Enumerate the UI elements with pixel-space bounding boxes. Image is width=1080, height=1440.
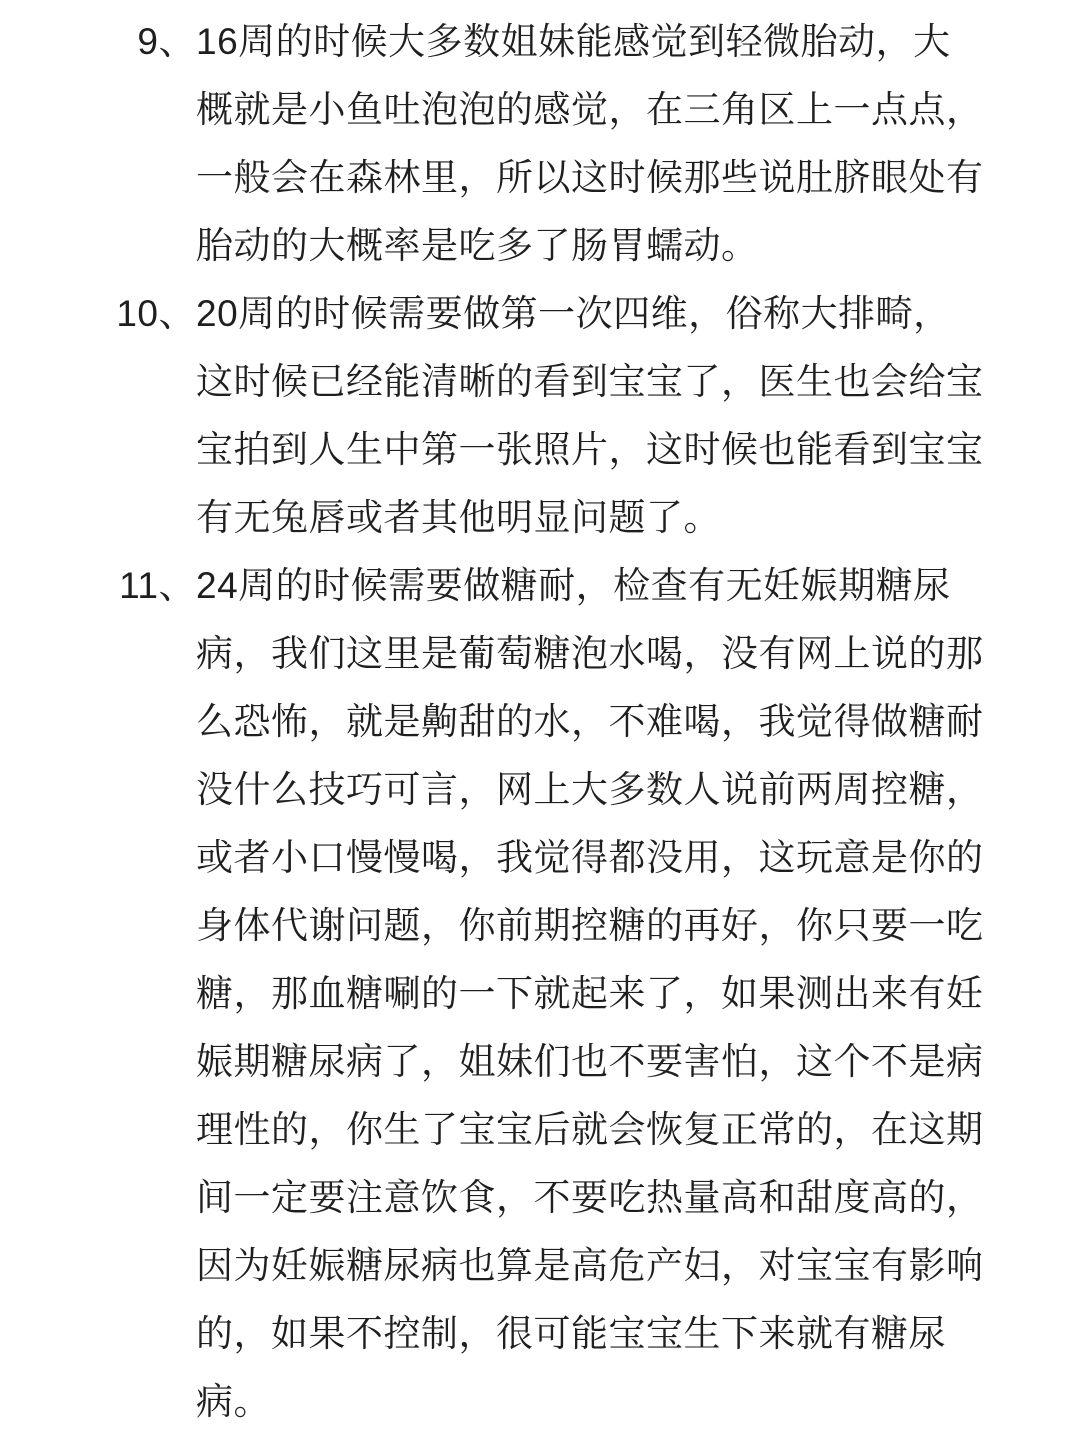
- item-line: 16周的时候大多数姐妹能感觉到轻微胎动，大: [196, 8, 1080, 76]
- item-line: 的，如果不控制，很可能宝宝生下来就有糖尿: [196, 1300, 1080, 1368]
- item-line: 娠期糖尿病了，姐妹们也不要害怕，这个不是病: [196, 1028, 1080, 1096]
- item-line: 概就是小鱼吐泡泡的感觉，在三角区上一点点，: [196, 76, 1080, 144]
- item-line: 因为妊娠糖尿病也算是高危产妇，对宝宝有影响: [196, 1232, 1080, 1300]
- list-item-11: 11、 24周的时候需要做糖耐，检查有无妊娠期糖尿 病，我们这里是葡萄糖泡水喝，…: [0, 552, 1080, 1436]
- item-line: 一般会在森林里，所以这时候那些说肚脐眼处有: [196, 144, 1080, 212]
- item-line: 胎动的大概率是吃多了肠胃蠕动。: [196, 212, 1080, 280]
- item-number: 10、: [0, 280, 196, 348]
- item-line: 宝拍到人生中第一张照片，这时候也能看到宝宝: [196, 416, 1080, 484]
- item-line: 糖，那血糖唰的一下就起来了，如果测出来有妊: [196, 960, 1080, 1028]
- item-line: 间一定要注意饮食，不要吃热量高和甜度高的，: [196, 1164, 1080, 1232]
- item-line: 么恐怖，就是齁甜的水，不难喝，我觉得做糖耐: [196, 688, 1080, 756]
- list-item-10: 10、 20周的时候需要做第一次四维，俗称大排畸， 这时候已经能清晰的看到宝宝了…: [0, 280, 1080, 552]
- item-number: 9、: [0, 8, 196, 76]
- list-item-9: 9、 16周的时候大多数姐妹能感觉到轻微胎动，大 概就是小鱼吐泡泡的感觉，在三角…: [0, 8, 1080, 280]
- item-line: 理性的，你生了宝宝后就会恢复正常的，在这期: [196, 1096, 1080, 1164]
- note-page: 9、 16周的时候大多数姐妹能感觉到轻微胎动，大 概就是小鱼吐泡泡的感觉，在三角…: [0, 0, 1080, 1440]
- item-line: 20周的时候需要做第一次四维，俗称大排畸，: [196, 280, 1080, 348]
- item-line: 病，我们这里是葡萄糖泡水喝，没有网上说的那: [196, 620, 1080, 688]
- item-line: 病。: [196, 1368, 1080, 1436]
- item-line: 或者小口慢慢喝，我觉得都没用，这玩意是你的: [196, 824, 1080, 892]
- item-line: 身体代谢问题，你前期控糖的再好，你只要一吃: [196, 892, 1080, 960]
- item-line: 有无兔唇或者其他明显问题了。: [196, 484, 1080, 552]
- item-number: 11、: [0, 552, 196, 620]
- item-line: 24周的时候需要做糖耐，检查有无妊娠期糖尿: [196, 552, 1080, 620]
- item-line: 没什么技巧可言，网上大多数人说前两周控糖，: [196, 756, 1080, 824]
- item-line: 这时候已经能清晰的看到宝宝了，医生也会给宝: [196, 348, 1080, 416]
